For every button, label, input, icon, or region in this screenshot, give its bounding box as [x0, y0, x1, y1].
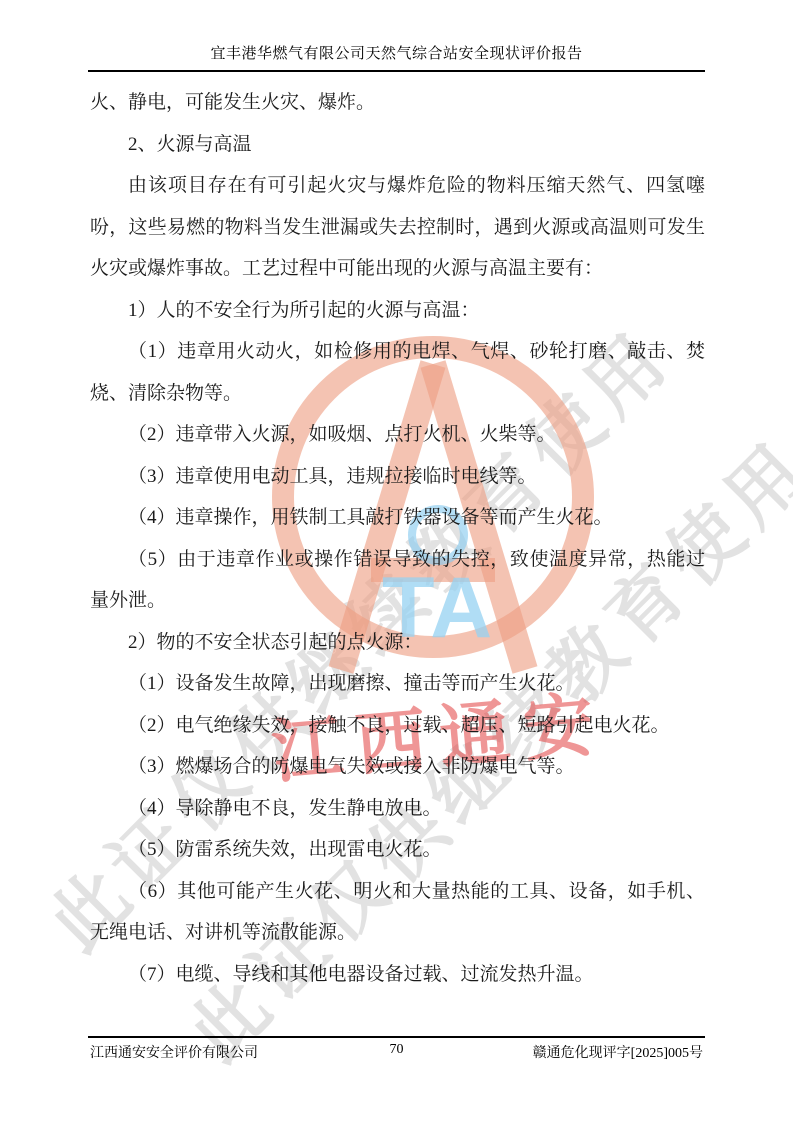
paragraph: （1）设备发生故障，出现磨擦、撞击等而产生火花。 [90, 663, 705, 705]
paragraph: （4）违章操作，用铁制工具敲打铁器设备等而产生火花。 [90, 497, 705, 539]
footer-doc-number: 赣通危化现评字[2025]005号 [533, 1042, 703, 1062]
report-page: 此证仅供继续教育使用 此证仅供继续教育使用 TA 江西通安 宜丰港华燃气有限公司… [0, 0, 793, 1122]
paragraph: 火、静电，可能发生火灾、爆炸。 [90, 82, 705, 124]
paragraph: （6）其他可能产生火花、明火和大量热能的工具、设备，如手机、无绳电话、对讲机等流… [90, 871, 705, 954]
paragraph: （1）违章用火动火，如检修用的电焊、气焊、砂轮打磨、敲击、焚烧、清除杂物等。 [90, 331, 705, 414]
paragraph: 2、火源与高温 [90, 124, 705, 166]
paragraph: （7）电缆、导线和其他电器设备过载、过流发热升温。 [90, 954, 705, 996]
paragraph: （3）违章使用电动工具，违规拉接临时电线等。 [90, 456, 705, 498]
footer-divider [88, 1036, 705, 1038]
paragraph: （4）导除静电不良，发生静电放电。 [90, 788, 705, 830]
page-header-title: 宜丰港华燃气有限公司天然气综合站安全现状评价报告 [0, 42, 793, 63]
header-divider [88, 70, 705, 72]
paragraph: 1）人的不安全行为所引起的火源与高温： [90, 290, 705, 332]
paragraph: 2）物的不安全状态引起的点火源： [90, 622, 705, 664]
paragraph: （2）违章带入火源，如吸烟、点打火机、火柴等。 [90, 414, 705, 456]
paragraph: （2）电气绝缘失效，接触不良，过载、超压、短路引起电火花。 [90, 705, 705, 747]
paragraph: （5）由于违章作业或操作错误导致的失控，致使温度异常，热能过量外泄。 [90, 539, 705, 622]
paragraph: （5）防雷系统失效，出现雷电火花。 [90, 829, 705, 871]
paragraph: 由该项目存在有可引起火灾与爆炸危险的物料压缩天然气、四氢噻吩，这些易燃的物料当发… [90, 165, 705, 290]
document-body: 火、静电，可能发生火灾、爆炸。2、火源与高温由该项目存在有可引起火灾与爆炸危险的… [90, 82, 705, 995]
paragraph: （3）燃爆场合的防爆电气失效或接入非防爆电气等。 [90, 746, 705, 788]
